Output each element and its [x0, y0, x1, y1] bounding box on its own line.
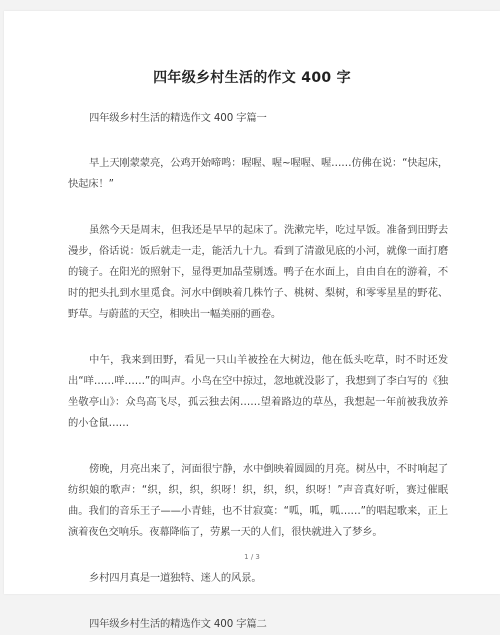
section-heading: 四年级乡村生活的精选作文 400 字篇一	[68, 108, 448, 129]
page-indicator: 1 / 3	[4, 553, 500, 561]
document-page: 四年级乡村生活的作文 400 字 四年级乡村生活的精选作文 400 字篇一 早上…	[4, 11, 500, 594]
paragraph: 傍晚，月亮出来了，河面很宁静，水中倒映着圆圆的月亮。树丛中，不时响起了纺织娘的歌…	[68, 459, 448, 543]
document-title: 四年级乡村生活的作文 400 字	[4, 67, 500, 87]
paragraph: 中午，我来到田野，看见一只山羊被拴在大树边，他在低头吃草，时不时还发出“咩……咩…	[68, 350, 448, 434]
paragraph: 早上天刚蒙蒙亮，公鸡开始啼鸣：喔喔、喔~喔喔、喔……仿佛在说：“快起床，快起床！…	[68, 153, 448, 195]
paragraph: 乡村四月真是一道独特、迷人的风景。	[68, 568, 448, 589]
document-body: 四年级乡村生活的精选作文 400 字篇一 早上天刚蒙蒙亮，公鸡开始啼鸣：喔喔、喔…	[68, 108, 448, 594]
paragraph: 虽然今天是周末，但我还是早早的起床了。洗漱完毕，吃过早饭。准备到田野去漫步，俗话…	[68, 220, 448, 325]
